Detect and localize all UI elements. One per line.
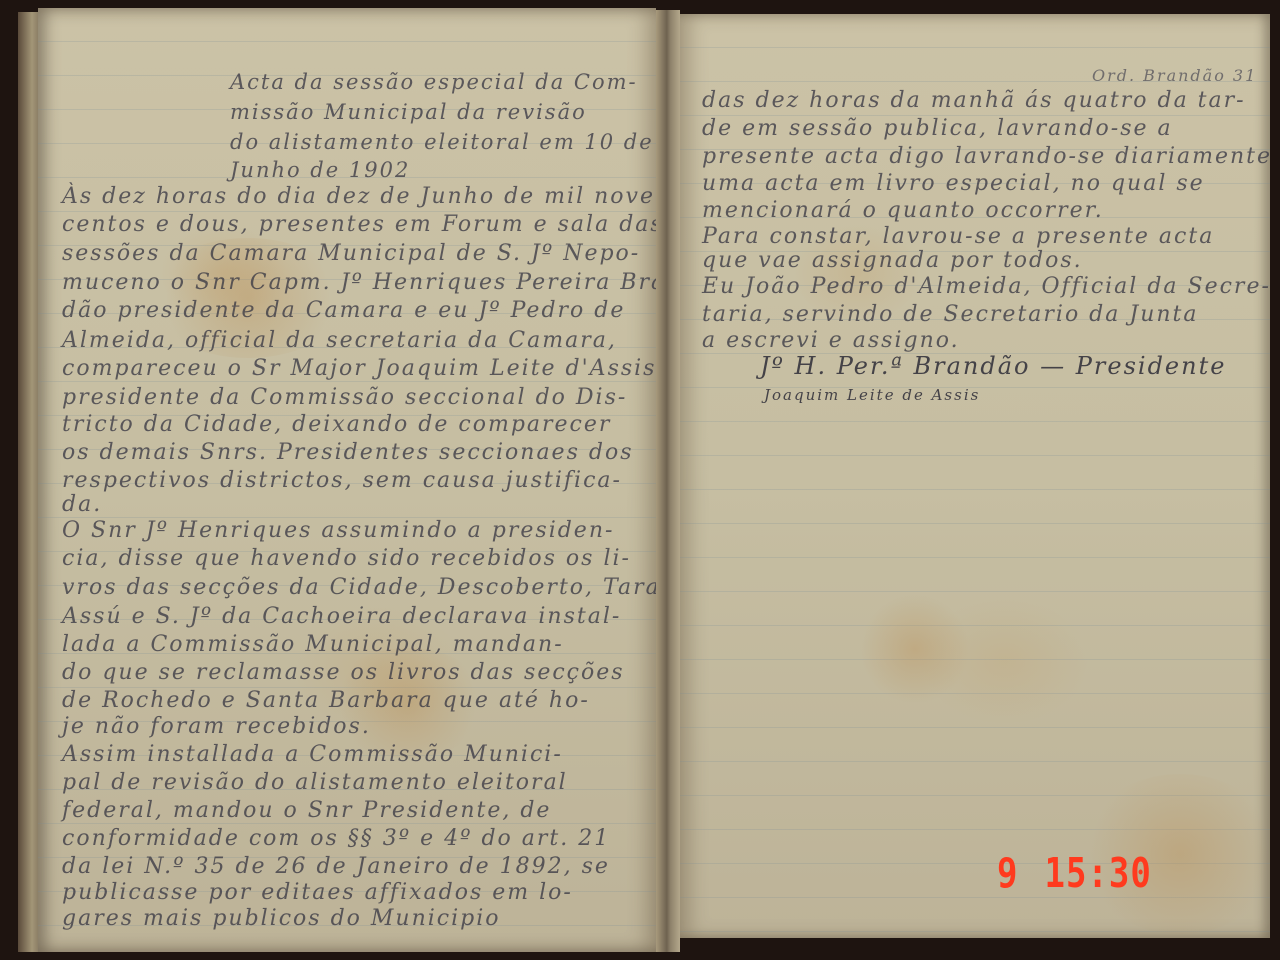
text-line: muceno o Snr Capm. Jº Henriques Pereira … [62,270,656,295]
text-line: Para constar, lavrou-se a presente acta [702,224,1214,249]
text-line: conformidade com os §§ 3º e 4º do art. 2… [62,826,610,851]
text-line: presidente da Commissão seccional do Dis… [62,385,627,410]
text-line: de em sessão publica, lavrando-se a [702,116,1173,141]
text-line: tricto da Cidade, deixando de comparecer [62,412,611,437]
signature-president: Jº H. Per.ª Brandão — Presidente [760,352,1226,380]
text-line: dão presidente da Camara e eu Jº Pedro d… [62,298,625,323]
text-line: da lei N.º 35 de 26 de Janeiro de 1892, … [62,854,610,879]
text-line: centos e dous, presentes em Forum e sala… [62,212,656,237]
page-number-marker: Ord. Brandão 31 [1092,66,1257,85]
heading-line-2: missão Municipal da revisão [230,100,587,124]
camera-date-time-overlay: 915:30 [997,850,1152,898]
text-line: mencionará o quanto occorrer. [702,198,1104,223]
open-book: Acta da sessão especial da Com- missão M… [0,0,1280,960]
text-line: que vae assignada por todos. [702,248,1083,273]
text-line: Às dez horas do dia dez de Junho de mil … [62,184,655,209]
heading-line-4: Junho de 1902 [230,158,410,182]
text-line: da. [62,492,102,517]
text-line: de Rochedo e Santa Barbara que até ho- [62,688,590,713]
left-page: Acta da sessão especial da Com- missão M… [38,8,656,952]
text-line: sessões da Camara Municipal de S. Jº Nep… [62,241,640,266]
text-line: compareceu o Sr Major Joaquim Leite d'As… [62,356,656,381]
text-line: uma acta em livro especial, no qual se [702,171,1205,196]
book-cover-edge [18,12,38,952]
text-line: lada a Commissão Municipal, mandan- [62,632,564,657]
text-line: Eu João Pedro d'Almeida, Official da Sec… [702,274,1270,299]
text-line: cia, disse que havendo sido recebidos os… [62,546,631,571]
text-line: federal, mandou o Snr Presidente, de [62,798,551,823]
text-line: je não foram recebidos. [62,714,371,739]
right-page: Ord. Brandão 31 das dez horas da manhã á… [680,14,1270,938]
text-line: Assim installada a Commissão Munici- [62,742,563,767]
book-spine [656,10,680,952]
text-line: Assú e S. Jº da Cachoeira declarava inst… [62,604,621,629]
paper-stain [860,594,970,704]
signature-member: Joaquim Leite de Assis [764,386,980,404]
overlay-day: 9 [997,850,1018,898]
text-line: vros das secções da Cidade, Descoberto, … [62,575,656,600]
text-line: das dez horas da manhã ás quatro da tar- [702,88,1246,113]
heading-line-1: Acta da sessão especial da Com- [230,70,638,94]
text-line: do que se reclamasse os livros das secçõ… [62,660,625,685]
heading-line-3: do alistamento eleitoral em 10 de [230,130,654,154]
text-line: taria, servindo de Secretario da Junta [702,302,1199,327]
text-line: O Snr Jº Henriques assumindo a presiden- [62,518,614,543]
text-line: os demais Snrs. Presidentes seccionaes d… [62,440,633,465]
text-line: pal de revisão do alistamento eleitoral [62,770,568,795]
text-line: presente acta digo lavrando-se diariamen… [702,144,1270,169]
text-line: Almeida, official da secretaria da Camar… [62,328,617,353]
text-line: respectivos districtos, sem causa justif… [62,468,622,493]
text-line: publicasse por editaes affixados em lo- [62,880,573,905]
text-line: a escrevi e assigno. [702,328,960,353]
text-line: gares mais publicos do Municipio [62,906,501,931]
overlay-time: 15:30 [1044,850,1151,898]
